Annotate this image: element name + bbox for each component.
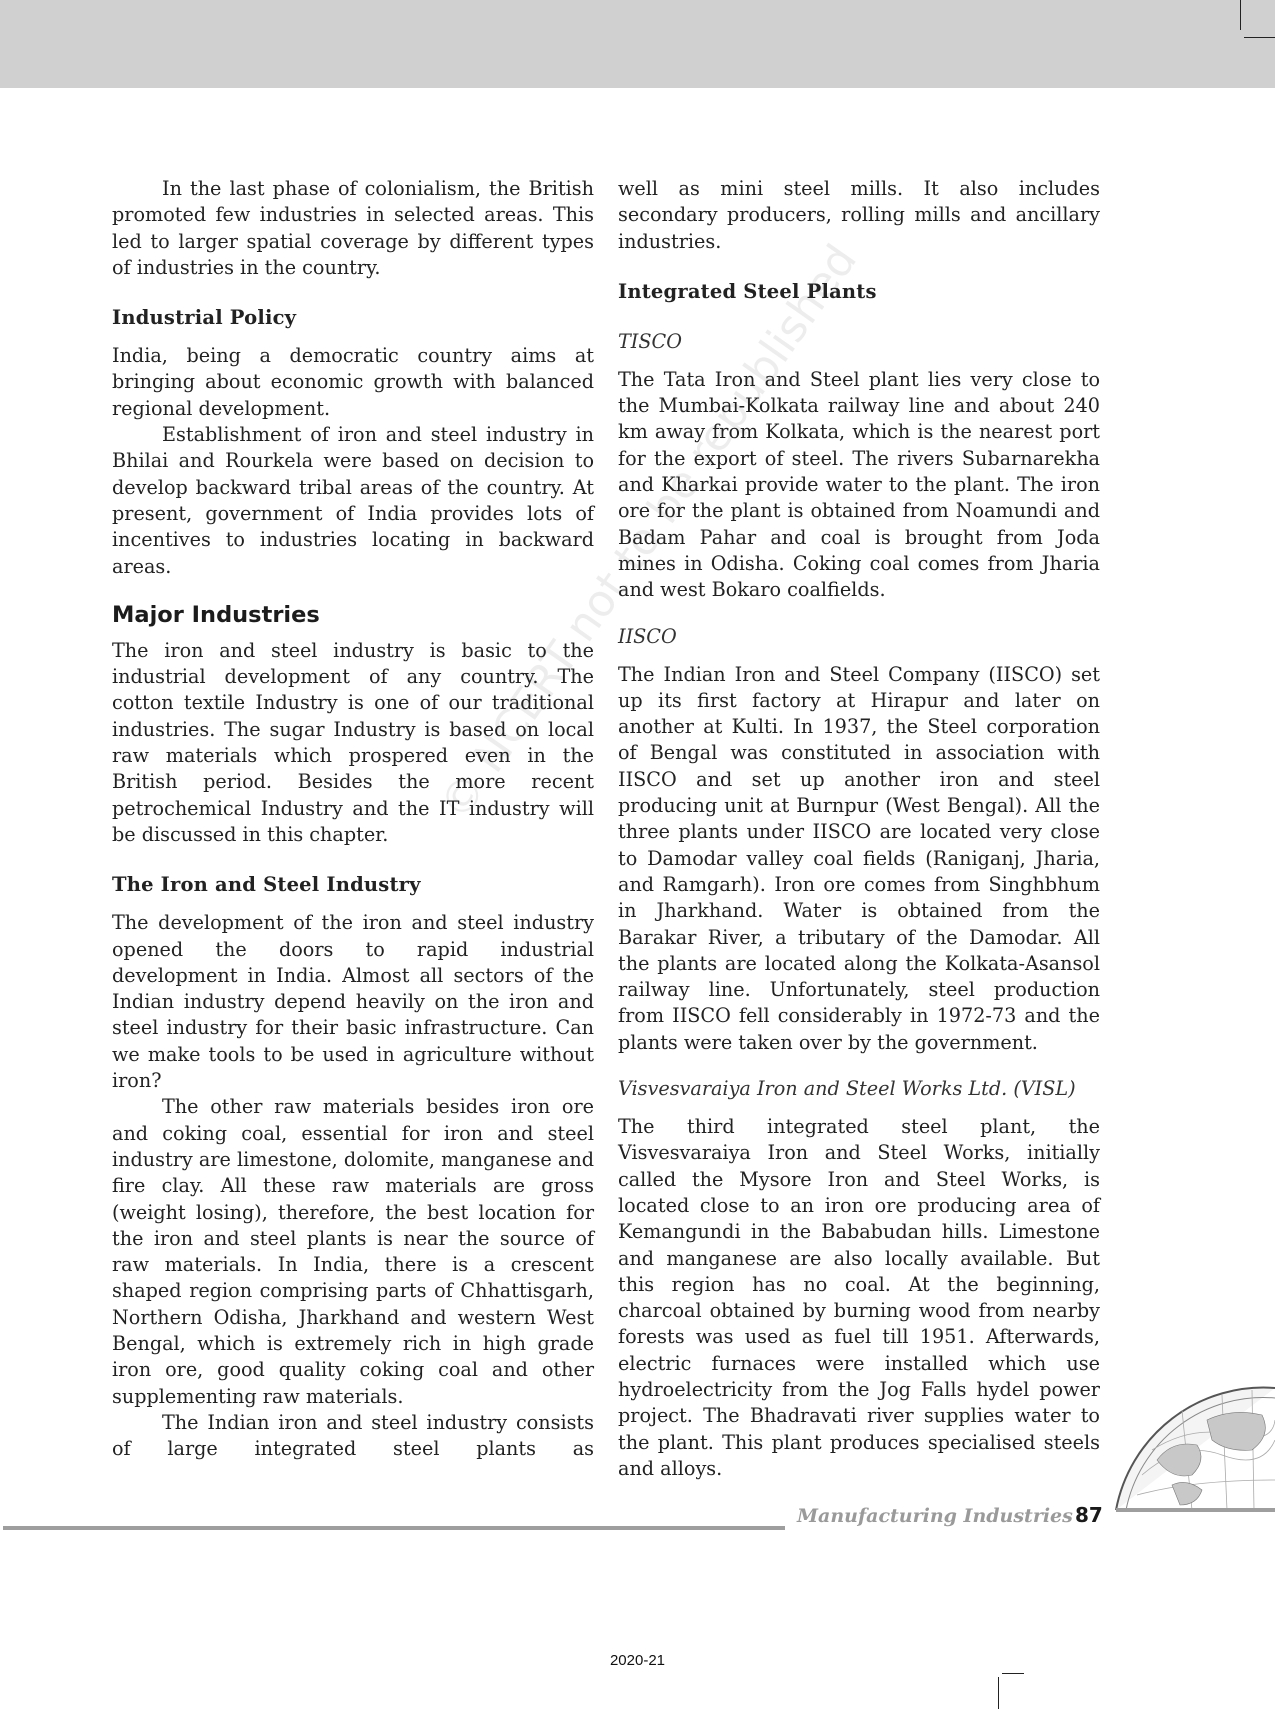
heading-integrated-steel-plants: Integrated Steel Plants [618, 279, 1100, 305]
iron-steel-paragraph-1: The development of the iron and steel in… [112, 910, 594, 1094]
visl-paragraph: The third integrated steel plant, the Vi… [618, 1114, 1100, 1482]
crop-mark-top-vertical [1240, 0, 1241, 30]
continuation-paragraph: well as mini steel mills. It also includ… [618, 176, 1100, 255]
globe-map-icon [1112, 1380, 1275, 1512]
left-column: In the last phase of colonialism, the Br… [112, 176, 594, 1462]
policy-paragraph-2: Establishment of iron and steel industry… [112, 422, 594, 580]
year-label: 2020-21 [0, 1652, 1275, 1669]
subheading-tisco: TISCO [618, 329, 1100, 355]
top-gray-band [0, 0, 1275, 88]
subheading-visl: Visvesvaraiya Iron and Steel Works Ltd. … [618, 1076, 1100, 1102]
major-industries-paragraph: The iron and steel industry is basic to … [112, 638, 594, 848]
crop-mark-bottom-vertical [998, 1677, 999, 1709]
subheading-iisco: IISCO [618, 624, 1100, 650]
footer-rule [3, 1526, 785, 1530]
heading-iron-steel-industry: The Iron and Steel Industry [112, 872, 594, 898]
crop-mark-bottom-h [1002, 1673, 1024, 1674]
iisco-paragraph: The Indian Iron and Steel Company (IISCO… [618, 662, 1100, 1056]
right-column: well as mini steel mills. It also includ… [618, 176, 1100, 1482]
heading-industrial-policy: Industrial Policy [112, 305, 594, 331]
page-number: 87 [1075, 1503, 1103, 1527]
heading-major-industries: Major Industries [112, 600, 594, 630]
intro-paragraph: In the last phase of colonialism, the Br… [112, 176, 594, 281]
policy-paragraph-1: India, being a democratic country aims a… [112, 343, 594, 422]
iron-steel-paragraph-3: The Indian iron and steel industry consi… [112, 1410, 594, 1463]
iron-steel-paragraph-2: The other raw materials besides iron ore… [112, 1094, 594, 1410]
tisco-paragraph: The Tata Iron and Steel plant lies very … [618, 367, 1100, 604]
footer-chapter-title: Manufacturing Industries [797, 1505, 1073, 1527]
crop-mark-top-horizontal [1244, 37, 1275, 38]
